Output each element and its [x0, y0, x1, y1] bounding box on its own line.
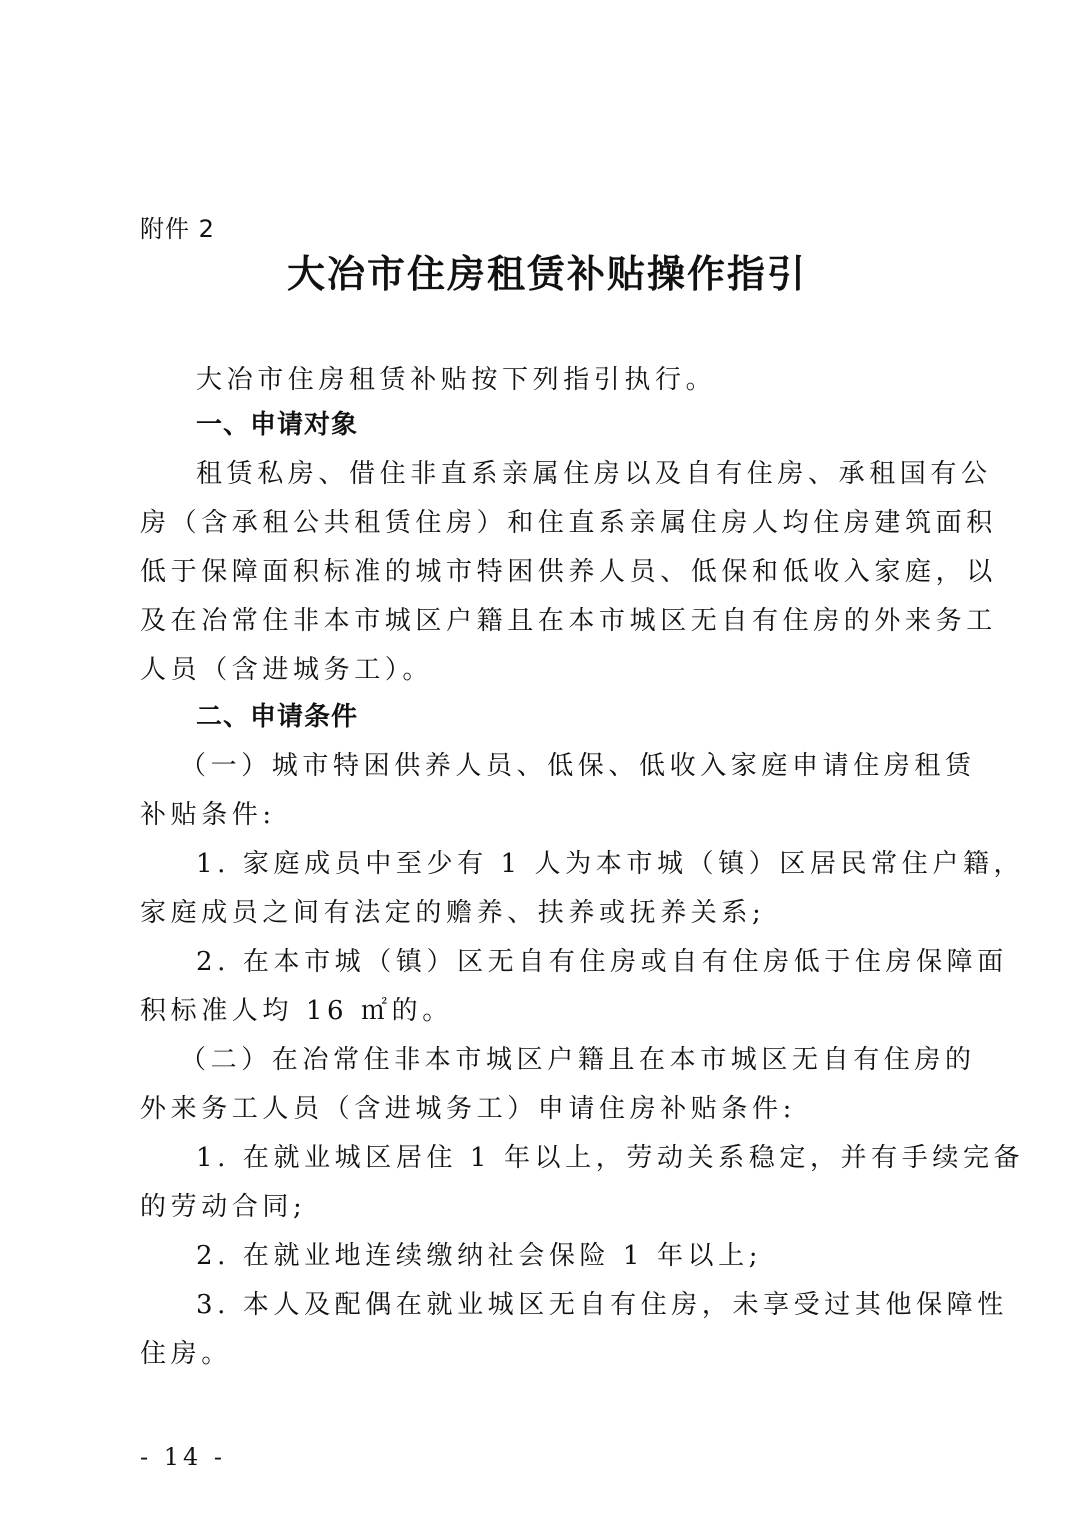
intro-paragraph: 大冶市住房租赁补贴按下列指引执行。 — [196, 360, 960, 400]
paragraph-line: 房（含承租公共租赁住房）和住直系亲属住房人均住房建筑面积 — [140, 503, 960, 543]
section-heading-2: 二、申请条件 — [196, 697, 960, 737]
paragraph-line: 及在冶常住非本市城区户籍且在本市城区无自有住房的外来务工 — [140, 601, 960, 641]
paragraph-line: 低于保障面积标准的城市特困供养人员、低保和低收入家庭，以 — [140, 552, 960, 592]
paragraph-line: 积标准人均 16 ㎡的。 — [140, 991, 960, 1031]
paragraph-line: 的劳动合同; — [140, 1187, 960, 1227]
paragraph-line: 人员（含进城务工）。 — [140, 650, 960, 690]
section-heading-1: 一、申请对象 — [196, 405, 960, 445]
list-item: 1. 家庭成员中至少有 1 人为本市城（镇）区居民常住户籍， — [196, 844, 960, 884]
list-item: 3. 本人及配偶在就业城区无自有住房，未享受过其他保障性 — [196, 1285, 960, 1325]
list-item: 1. 在就业城区居住 1 年以上，劳动关系稳定，并有手续完备 — [196, 1138, 960, 1178]
document-page: 附件 2 大冶市住房租赁补贴操作指引 大冶市住房租赁补贴按下列指引执行。 一、申… — [0, 0, 1074, 1520]
attachment-label: 附件 2 — [140, 211, 215, 247]
list-item: 2. 在就业地连续缴纳社会保险 1 年以上; — [196, 1236, 960, 1276]
subsection-heading-2: （二）在冶常住非本市城区户籍且在本市城区无自有住房的 — [180, 1040, 960, 1080]
list-item: 2. 在本市城（镇）区无自有住房或自有住房低于住房保障面 — [196, 942, 960, 982]
document-title: 大冶市住房租赁补贴操作指引 — [0, 248, 1074, 300]
page-number: - 14 - — [140, 1440, 226, 1474]
paragraph-line: 家庭成员之间有法定的赡养、扶养或抚养关系; — [140, 893, 960, 933]
paragraph-line: 外来务工人员（含进城务工）申请住房补贴条件: — [140, 1089, 960, 1129]
paragraph-line: 租赁私房、借住非直系亲属住房以及自有住房、承租国有公 — [196, 454, 960, 494]
paragraph-line: 补贴条件: — [140, 795, 960, 835]
paragraph-line: 住房。 — [140, 1334, 960, 1374]
subsection-heading-1: （一）城市特困供养人员、低保、低收入家庭申请住房租赁 — [180, 746, 960, 786]
